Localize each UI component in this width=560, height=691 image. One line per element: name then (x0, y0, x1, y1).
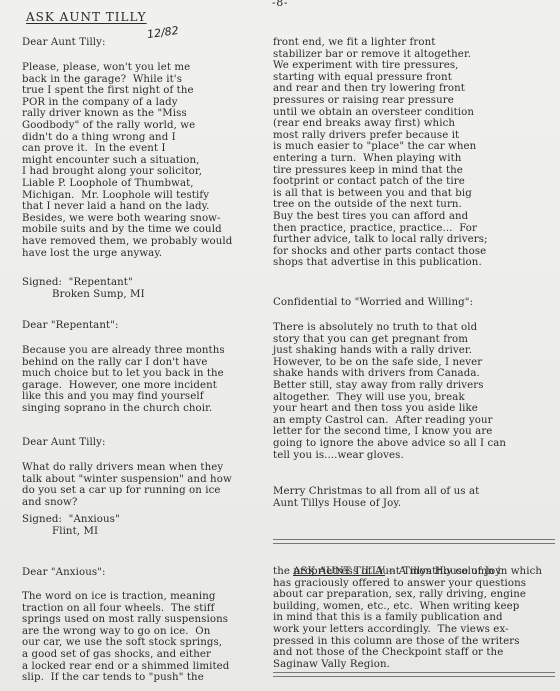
footer-divider (273, 672, 555, 677)
closing-note: Merry Christmas to all from all of us at… (273, 486, 479, 509)
confidential-body: There is absolutely no truth to that old… (273, 322, 506, 461)
reply2-salutation: Dear "Anxious": (22, 567, 106, 579)
reply2-body: The word on ice is traction, meaning tra… (22, 591, 229, 684)
section-divider (273, 539, 555, 544)
confidential-heading: Confidential to "Worried and Willing": (273, 297, 473, 309)
reply1-salutation: Dear "Repentant": (22, 320, 119, 332)
reply2-continued: front end, we fit a lighter front stabil… (273, 37, 488, 269)
reply1-body: Because you are already three months beh… (22, 345, 225, 415)
letter2-signature: Signed: "Anxious" Flint, MI (22, 514, 120, 537)
newsletter-page: -8- ASK AUNT TILLY 12/82 Dear Aunt Tilly… (0, 0, 560, 691)
letter1-body: Please, please, won't you let me back in… (22, 62, 232, 259)
letter1-signature: Signed: "Repentant" Broken Sump, MI (22, 277, 145, 300)
letter2-body: What do rally drivers mean when they tal… (22, 462, 232, 508)
left-column: Dear Aunt Tilly: Please, please, won't y… (22, 0, 272, 139)
footer-note: ASK AUNT TILLY -- A monthly column in wh… (273, 0, 558, 46)
footer-body: the proprietress of Aunt Tillys House of… (273, 566, 526, 670)
letter1-salutation: Dear Aunt Tilly: (22, 37, 106, 49)
letter2-salutation: Dear Aunt Tilly: (22, 437, 106, 449)
